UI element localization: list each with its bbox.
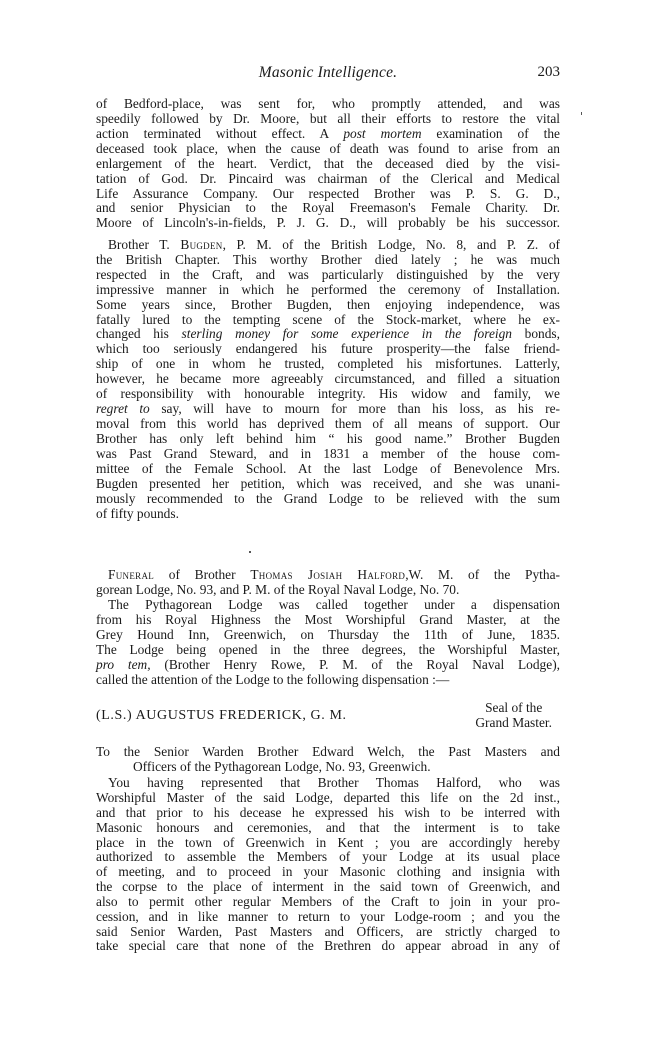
text-line: ship of one in whom he trusted, complete… (96, 356, 560, 371)
italic-phrase: regret to (96, 401, 150, 416)
text-line: also to permit other regular Members of … (96, 894, 560, 909)
text-line: Worshipful Master of the said Lodge, dep… (96, 790, 560, 805)
text-line: pro tem, (Brother Henry Rowe, P. M. of t… (96, 657, 560, 672)
text-line: tation of God. Dr. Pincaird was chairman… (96, 171, 560, 186)
text-line: Funeral of Brother Thomas Josiah Halford… (108, 567, 560, 582)
text-line: from his Royal Highness the Most Worship… (96, 612, 560, 627)
text-line: Grey Hound Inn, Greenwich, on Thursday t… (96, 627, 560, 642)
text-line: authorized to assemble the Members of yo… (96, 849, 560, 864)
text-run: action terminated without effect. A (96, 126, 343, 141)
text-line: Officers of the Pythagorean Lodge, No. 9… (133, 759, 560, 774)
text-line: You having represented that Brother Thom… (108, 775, 560, 790)
text-line: was Past Grand Steward, and in 1831 a me… (96, 446, 560, 461)
page-number: 203 (538, 64, 561, 81)
text-run: Brother T. (108, 237, 180, 252)
small-caps-name: Bugden (180, 237, 222, 252)
seal-note: Seal of the Grand Master. (475, 700, 552, 730)
text-line: moval from this world has deprived them … (96, 416, 560, 431)
text-line: of responsibility with honourable integr… (96, 386, 560, 401)
text-line: deceased took place, when the cause of d… (96, 141, 560, 156)
text-line: fatally lured to the tempting scene of t… (96, 312, 560, 327)
running-head: Masonic Intelligence. 203 (96, 64, 560, 84)
text-run: say, will have to mourn for more than hi… (150, 401, 560, 416)
text-run: bonds, (512, 326, 560, 341)
text-line: cession, and in like manner to return to… (96, 909, 560, 924)
text-run: examination of the (422, 126, 561, 141)
text-line: place in the town of Greenwich in Kent ;… (96, 835, 560, 850)
italic-phrase: sterling money for some experience in th… (182, 326, 512, 341)
text-line: called the attention of the Lodge to the… (96, 672, 560, 687)
italic-phrase: post mortem (343, 126, 421, 141)
text-line: To the Senior Warden Brother Edward Welc… (96, 744, 560, 759)
text-run: (Brother Henry Rowe, P. M. of the Royal … (151, 657, 560, 672)
text-line: of Bedford-place, was sent for, who prom… (96, 96, 560, 111)
print-speck (581, 112, 582, 115)
italic-phrase: pro tem, (96, 657, 151, 672)
text-line: impressive manner in which he performed … (96, 282, 560, 297)
print-speck (249, 551, 251, 553)
text-run: of Brother (154, 567, 250, 582)
seal-note-line: Grand Master. (475, 715, 552, 730)
small-caps-word: Funeral (108, 567, 154, 582)
text-line: action terminated without effect. A post… (96, 126, 560, 141)
text-line: of fifty pounds. (96, 506, 560, 521)
text-line: Life Assurance Company. Our respected Br… (96, 186, 560, 201)
text-line: Masonic honours and ceremonies, and that… (96, 820, 560, 835)
text-line: and senior Physician to the Royal Freema… (96, 200, 560, 215)
text-line: Moore of Lincoln's-in-fields, P. J. G. D… (96, 215, 560, 230)
text-line: the British Chapter. This worthy Brother… (96, 252, 560, 267)
text-line: the corpse to the place of interment in … (96, 879, 560, 894)
seal-note-line: Seal of the (475, 700, 552, 715)
text-run: ,W. M. of the Pytha- (405, 567, 560, 582)
book-page: Masonic Intelligence. 203 of Bedford-pla… (0, 0, 670, 1044)
text-line: Brother T. Bugden, P. M. of the British … (108, 237, 560, 252)
text-line: Brother has only left behind him “ his g… (96, 431, 560, 446)
text-line: The Lodge being opened in the three degr… (96, 642, 560, 657)
text-line: Bugden presented her petition, which was… (96, 476, 560, 491)
text-line: mittee of the Female School. At the last… (96, 461, 560, 476)
text-line: enlargement of the heart. Verdict, that … (96, 156, 560, 171)
text-line: changed his sterling money for some expe… (96, 326, 560, 341)
text-line: Some years since, Brother Bugden, then e… (96, 297, 560, 312)
grand-master-signature: (L.S.) AUGUSTUS FREDERICK, G. M. (96, 708, 347, 724)
running-title: Masonic Intelligence. (96, 64, 560, 82)
text-line: The Pythagorean Lodge was called togethe… (108, 597, 560, 612)
text-line: mously recommended to the Grand Lodge to… (96, 491, 560, 506)
text-line: respected in the Craft, and was particul… (96, 267, 560, 282)
text-line: which too seriously endangered his futur… (96, 341, 560, 356)
text-line: take special care that none of the Breth… (96, 938, 560, 953)
text-run: , P. M. of the British Lodge, No. 8, and… (223, 237, 560, 252)
text-line: and that prior to his decease he express… (96, 805, 560, 820)
text-line: gorean Lodge, No. 93, and P. M. of the R… (96, 582, 560, 597)
small-caps-name: Thomas Josiah Halford (250, 567, 405, 582)
text-run: changed his (96, 326, 182, 341)
seal-signature-block: (L.S.) AUGUSTUS FREDERICK, G. M. Seal of… (96, 700, 560, 734)
text-line: regret to say, will have to mourn for mo… (96, 401, 560, 416)
text-line: however, he became more agreeably circum… (96, 371, 560, 386)
text-line: speedily followed by Dr. Moore, but all … (96, 111, 560, 126)
text-line: of meeting, and to proceed in your Mason… (96, 864, 560, 879)
text-line: said Senior Warden, Past Masters and Off… (96, 924, 560, 939)
